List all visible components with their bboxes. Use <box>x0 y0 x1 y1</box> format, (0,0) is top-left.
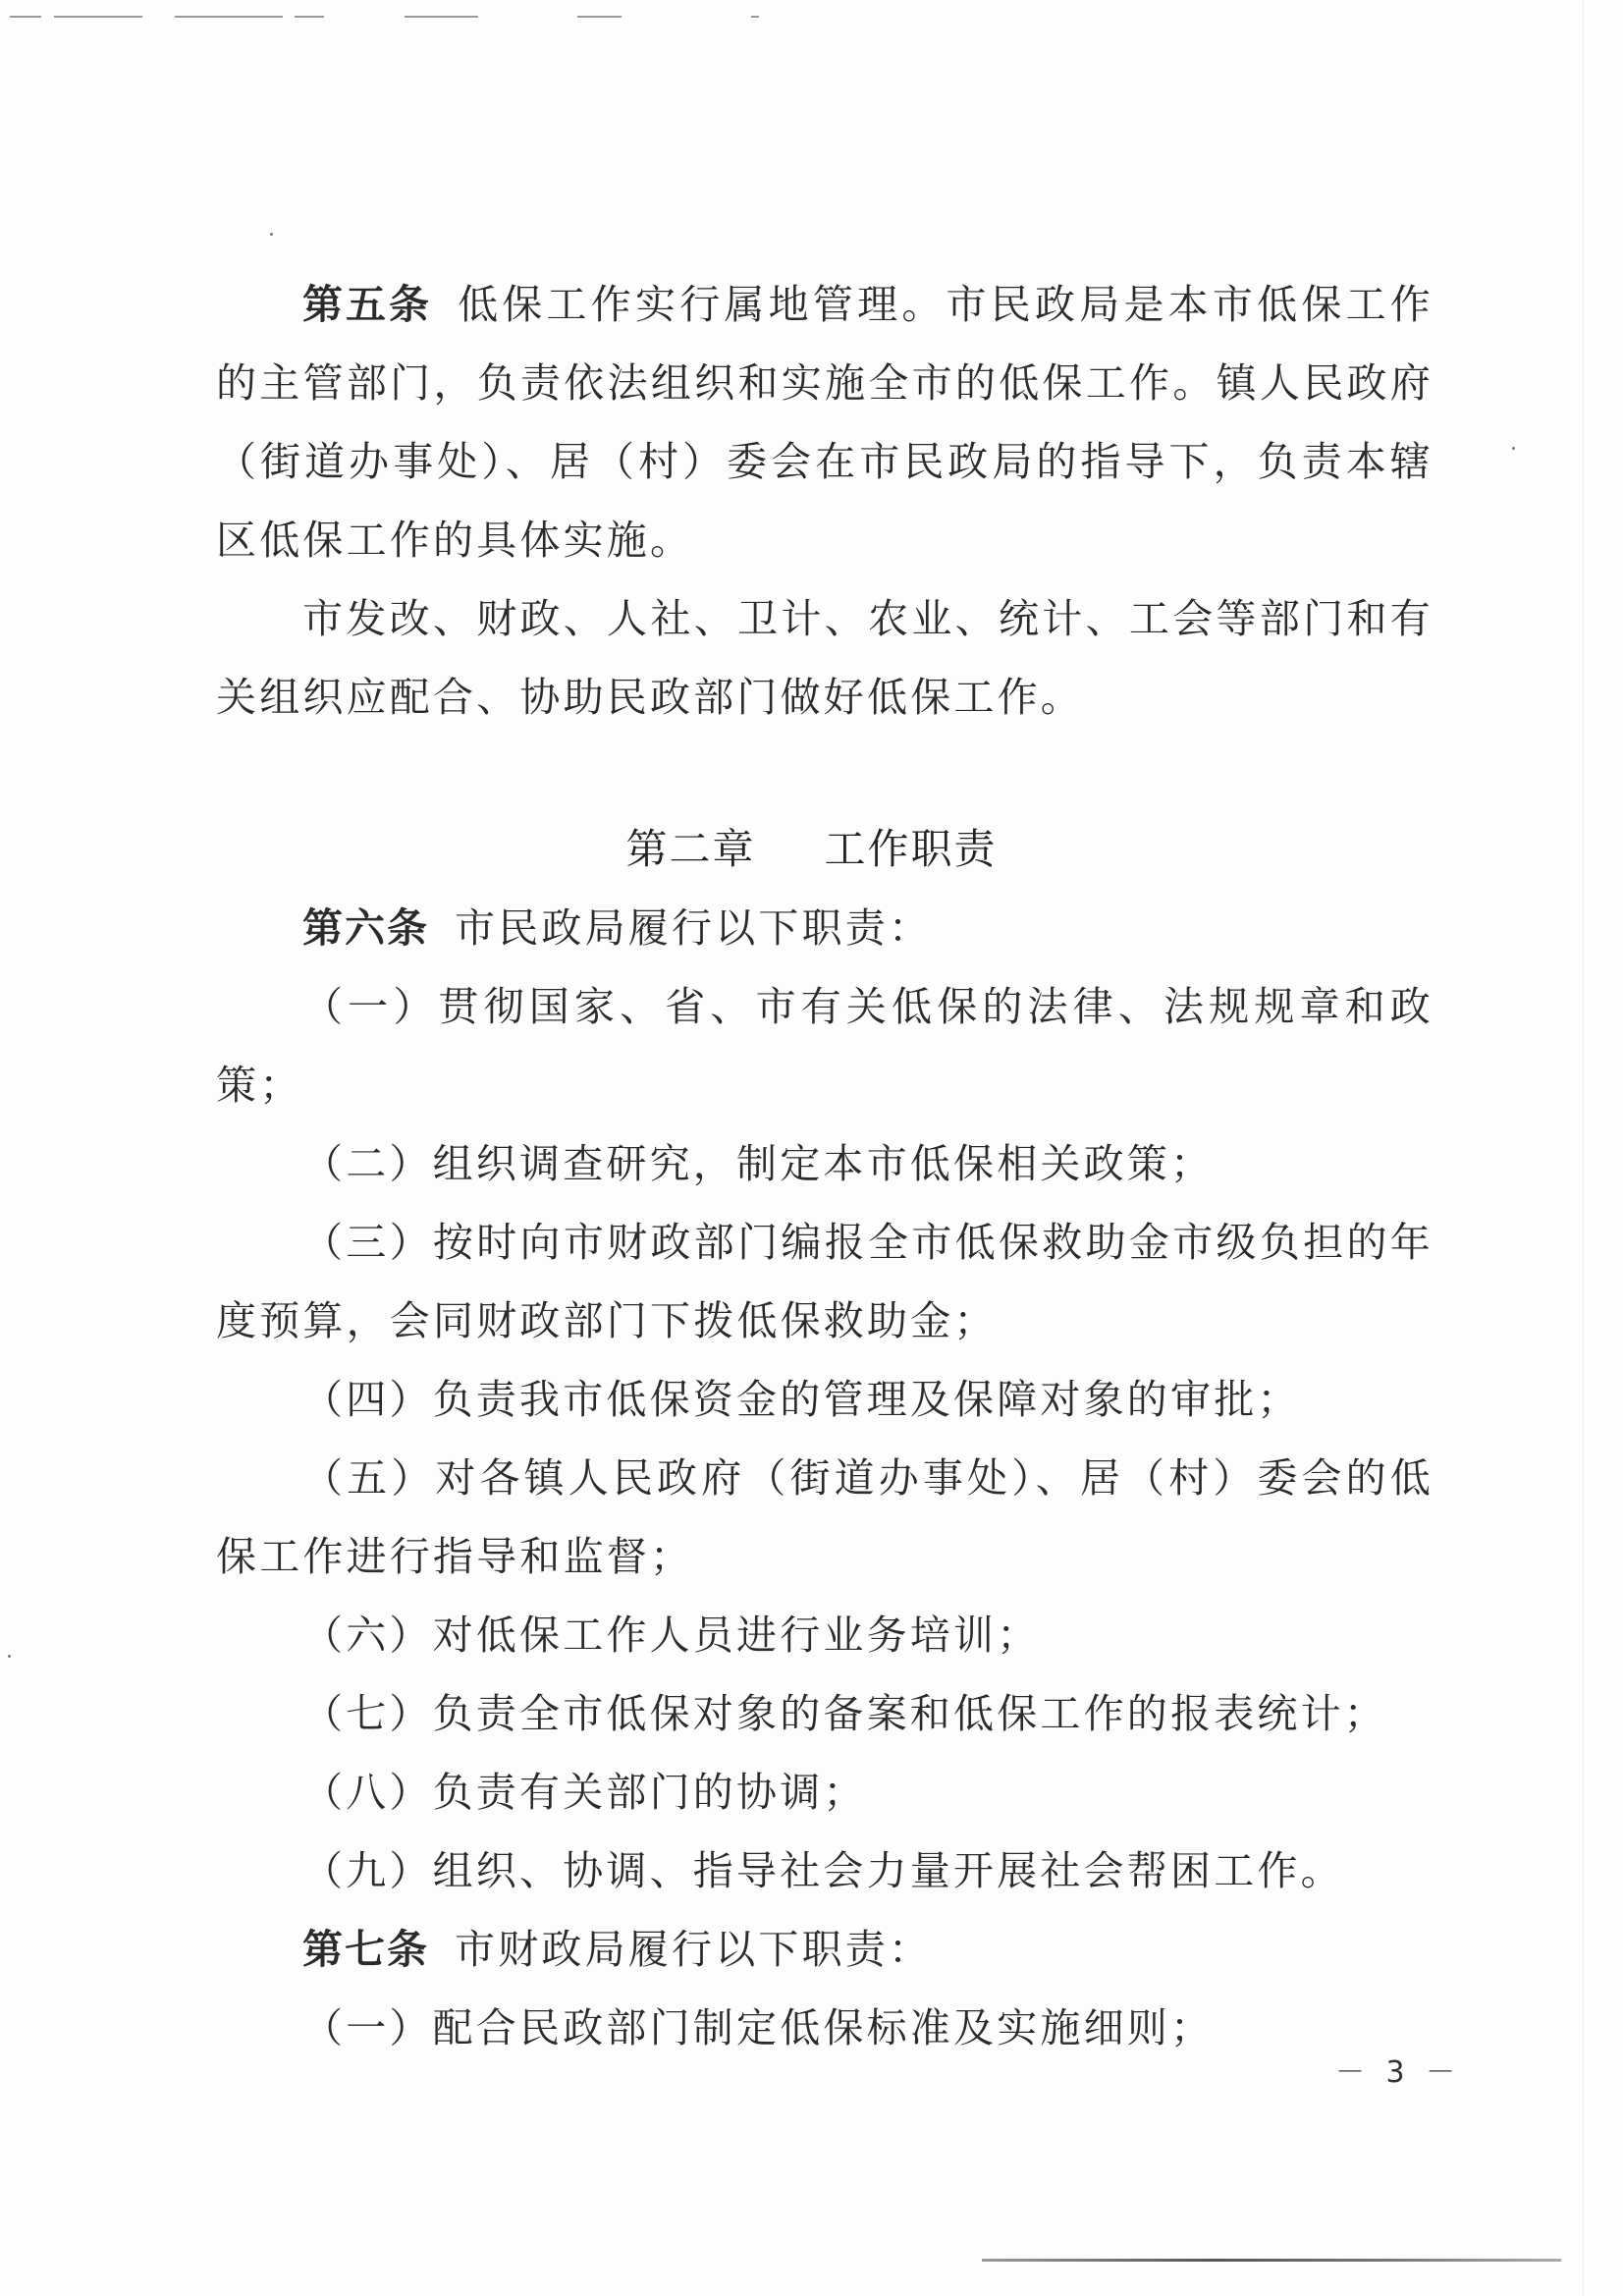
document-page: 第五条低保工作实行属地管理。市民政局是本市低保工作的主管部门，负责依法组织和实施… <box>0 0 1623 2296</box>
scan-artifact-bottom <box>982 2259 1561 2262</box>
chapter-number: 第二章 <box>625 825 755 873</box>
article-intro-text: 市财政局履行以下职责： <box>455 1926 932 1973</box>
article-5: 第五条低保工作实行属地管理。市民政局是本市低保工作的主管部门，负责依法组织和实施… <box>216 265 1434 737</box>
list-item: （三）按时向市财政部门编报全市低保救助金市级负担的年度预算，会同财政部门下拨低保… <box>216 1203 1434 1360</box>
scan-speck <box>270 233 273 236</box>
article-5-paragraph-1: 第五条低保工作实行属地管理。市民政局是本市低保工作的主管部门，负责依法组织和实施… <box>216 265 1434 579</box>
list-item: （八）负责有关部门的协调； <box>216 1753 1434 1831</box>
article-6-intro: 第六条市民政局履行以下职责： <box>216 889 1434 967</box>
chapter-heading: 第二章工作职责 <box>0 810 1623 889</box>
list-item: （五）对各镇人民政府（街道办事处）、居（村）委会的低保工作进行指导和监督； <box>216 1439 1434 1596</box>
list-item: （九）组织、协调、指导社会力量开展社会帮困工作。 <box>216 1831 1434 1910</box>
scan-artifact-top <box>0 16 1623 20</box>
scan-speck <box>8 1655 11 1658</box>
chapter-title: 工作职责 <box>825 825 998 873</box>
list-item: （七）负责全市低保对象的备案和低保工作的报表统计； <box>216 1674 1434 1753</box>
article-6: 第六条市民政局履行以下职责： （一）贯彻国家、省、市有关低保的法律、法规规章和政… <box>216 889 1434 2067</box>
article-5-paragraph-2: 市发改、财政、人社、卫计、农业、统计、工会等部门和有关组织应配合、协助民政部门做… <box>216 579 1434 737</box>
article-label: 第七条 <box>302 1926 429 1973</box>
article-label: 第五条 <box>302 281 432 328</box>
list-item: （一）配合民政部门制定低保标准及实施细则； <box>216 1989 1434 2067</box>
article-intro-text: 市民政局履行以下职责： <box>455 904 932 952</box>
list-item: （一）贯彻国家、省、市有关低保的法律、法规规章和政策； <box>216 967 1434 1124</box>
list-item: （四）负责我市低保资金的管理及保障对象的审批； <box>216 1360 1434 1439</box>
list-item: （六）对低保工作人员进行业务培训； <box>216 1596 1434 1674</box>
scan-artifact-right <box>1583 0 1584 2296</box>
scan-speck <box>1512 447 1515 450</box>
article-7-intro: 第七条市财政局履行以下职责： <box>216 1910 1434 1989</box>
list-item: （二）组织调查研究，制定本市低保相关政策； <box>216 1124 1434 1203</box>
article-label: 第六条 <box>302 904 429 952</box>
page-number: － 3 － <box>1335 2048 1461 2091</box>
